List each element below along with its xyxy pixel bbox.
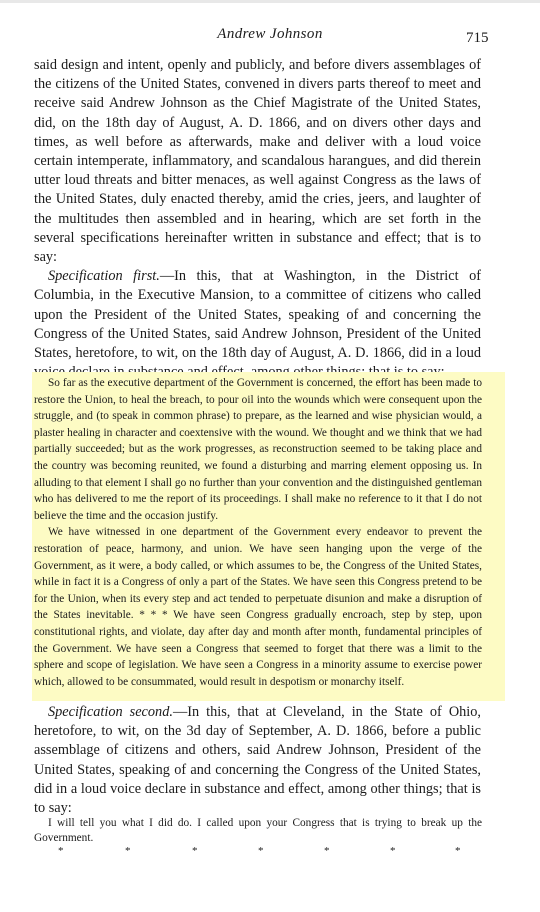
quote-paragraph-1: So far as the executive department of th…	[34, 375, 482, 524]
second-quote: I will tell you what I did do. I called …	[34, 816, 482, 846]
specification-second-text: —In this, that at Cleveland, in the Stat…	[34, 704, 481, 816]
running-head: Andrew Johnson	[0, 26, 540, 43]
quote-paragraph-3: I will tell you what I did do. I called …	[34, 816, 482, 846]
asterisk: *	[455, 845, 461, 857]
asterisk: *	[125, 845, 131, 857]
specification-second-label: Specification second.	[48, 704, 173, 720]
asterisk: *	[258, 845, 264, 857]
asterisk: *	[390, 845, 396, 857]
asterisk: *	[58, 845, 64, 857]
asterisk: *	[192, 845, 198, 857]
quote-paragraph-2: We have witnessed in one department of t…	[34, 524, 482, 690]
specification-first-text: —In this, that at Washington, in the Dis…	[34, 268, 481, 380]
specification-first: Specification first.—In this, that at Wa…	[34, 267, 481, 382]
paragraph-continuation: said design and intent, openly and publi…	[34, 56, 481, 267]
specification-second-block: Specification second.—In this, that at C…	[34, 703, 481, 818]
specification-first-label: Specification first.	[48, 268, 160, 284]
highlighted-quote: So far as the executive department of th…	[34, 375, 482, 690]
viewer-top-edge	[0, 0, 540, 3]
page-number: 715	[466, 30, 489, 47]
main-text-block: said design and intent, openly and publi…	[34, 56, 481, 382]
asterisk: *	[324, 845, 330, 857]
document-page: Andrew Johnson 715 said design and inten…	[0, 0, 540, 912]
ellipsis-asterisks: * * * * * * *	[34, 845, 482, 859]
specification-second: Specification second.—In this, that at C…	[34, 703, 481, 818]
